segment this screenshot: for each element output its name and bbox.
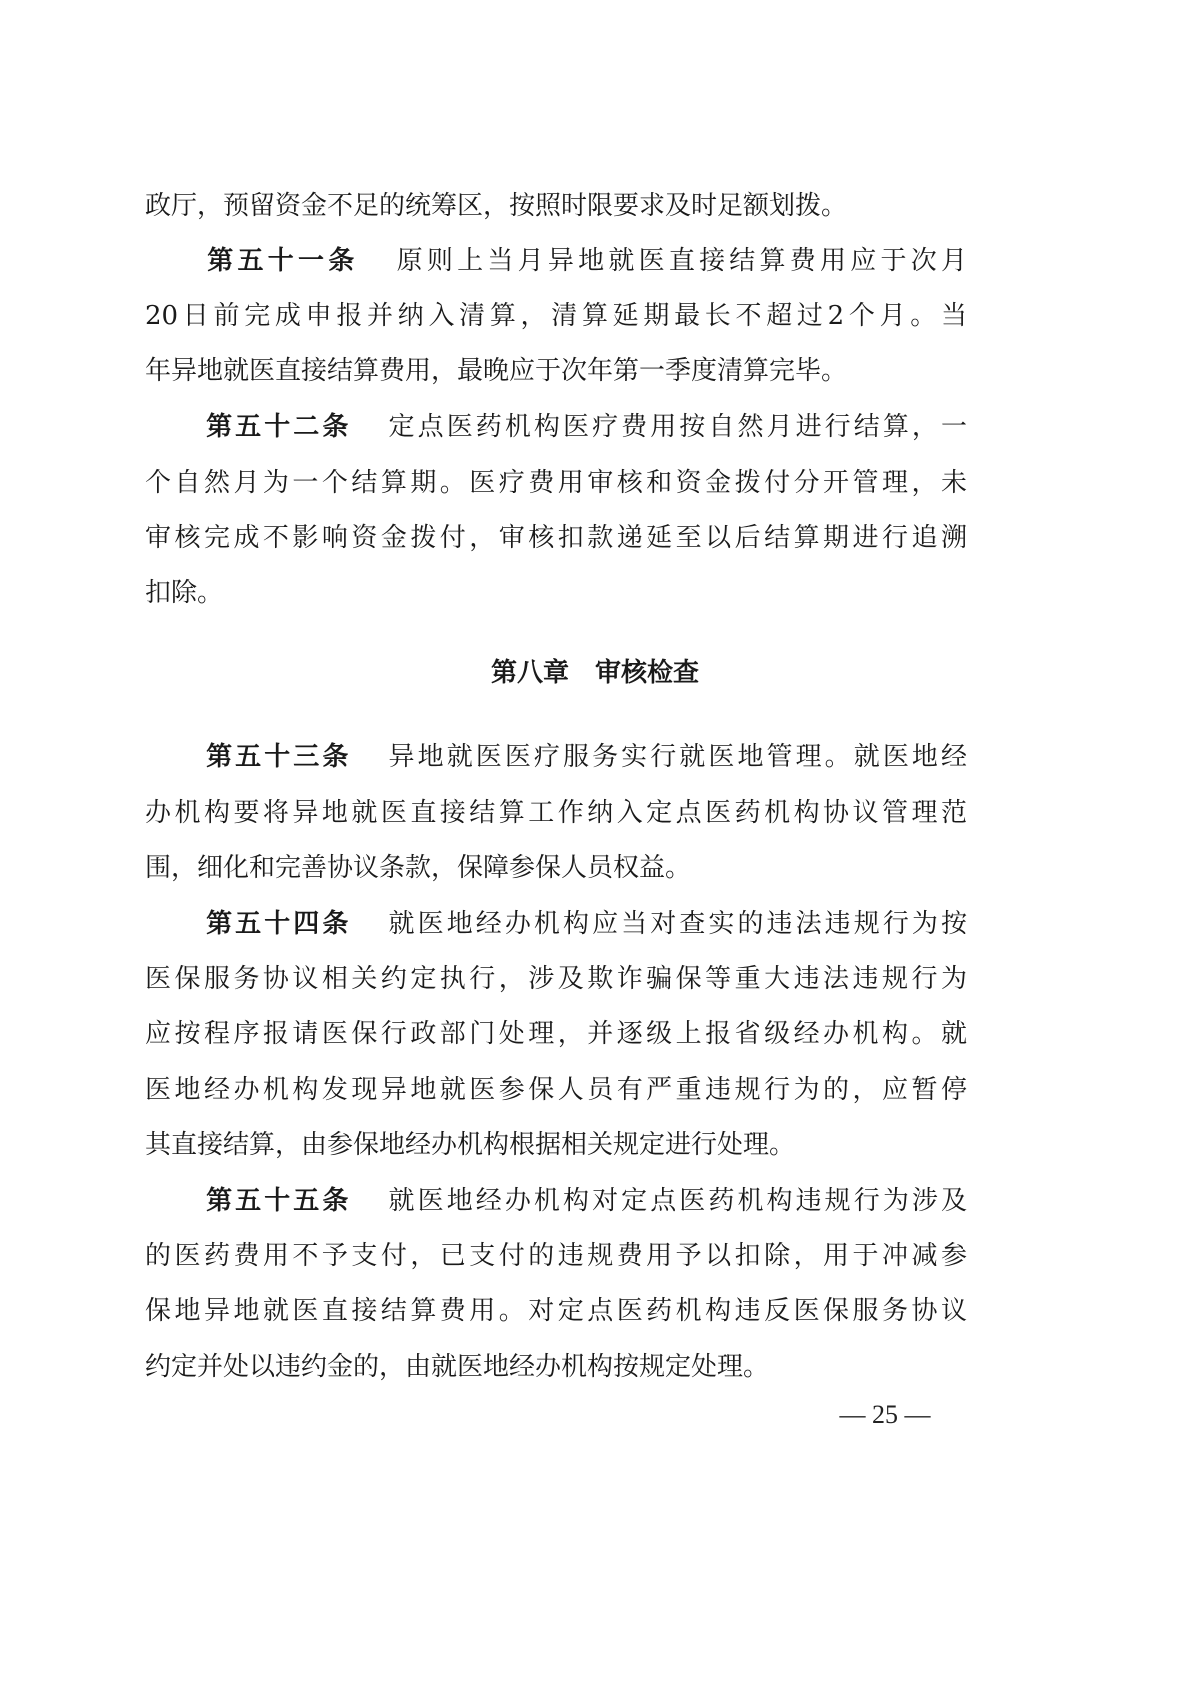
article-54-line-3: 应按程序报请医保行政部门处理，并逐级上报省级经办机构。就 [145,1014,967,1054]
article-54-line-1: 第五十四条就医地经办机构应当对查实的违法违规行为按 [145,904,967,944]
article-number: 第五十一条 [203,246,358,276]
article-54-line-5: 其直接结算，由参保地经办机构根据相关规定进行处理。 [145,1125,967,1165]
article-52-line-2: 个自然月为一个结算期。医疗费用审核和资金拨付分开管理，未 [145,463,967,503]
article-52-line-3: 审核完成不影响资金拨付，审核扣款递延至以后结算期进行追溯 [145,518,967,558]
article-52-line-4: 扣除。 [145,573,967,613]
article-text: 定点医药机构医疗费用按自然月进行结算，一 [385,412,967,442]
article-52-line-1: 第五十二条定点医药机构医疗费用按自然月进行结算，一 [145,407,967,447]
article-number: 第五十二条 [203,412,351,442]
article-text: 原则上当月异地就医直接结算费用应于次月 [392,246,967,276]
article-55-line-1: 第五十五条就医地经办机构对定点医药机构违规行为涉及 [145,1181,967,1221]
article-51-line-3: 年异地就医直接结算费用，最晚应于次年第一季度清算完毕。 [145,351,967,391]
article-number: 第五十五条 [203,1186,351,1216]
document-page: 政厅，预留资金不足的统筹区，按照时限要求及时足额划拨。 第五十一条原则上当月异地… [0,0,1190,1683]
paragraph-line: 政厅，预留资金不足的统筹区，按照时限要求及时足额划拨。 [145,186,967,226]
article-51-line-1: 第五十一条原则上当月异地就医直接结算费用应于次月 [145,241,967,281]
article-54-line-4: 医地经办机构发现异地就医参保人员有严重违规行为的，应暂停 [145,1070,967,1110]
article-number: 第五十四条 [203,909,351,939]
article-number: 第五十三条 [203,742,351,772]
article-53-line-1: 第五十三条异地就医医疗服务实行就医地管理。就医地经 [145,737,967,777]
article-text: 就医地经办机构应当对查实的违法违规行为按 [385,909,967,939]
article-55-line-2: 的医药费用不予支付，已支付的违规费用予以扣除，用于冲减参 [145,1236,967,1276]
article-51-line-2: 20日前完成申报并纳入清算，清算延期最长不超过2个月。当 [145,296,967,336]
article-53-line-3: 围，细化和完善协议条款，保障参保人员权益。 [145,848,967,888]
article-53-line-2: 办机构要将异地就医直接结算工作纳入定点医药机构协议管理范 [145,793,967,833]
article-text: 就医地经办机构对定点医药机构违规行为涉及 [385,1186,967,1216]
article-55-line-3: 保地异地就医直接结算费用。对定点医药机构违反医保服务协议 [145,1291,967,1331]
page-number: — 25 — [820,1395,950,1435]
article-55-line-4: 约定并处以违约金的，由就医地经办机构按规定处理。 [145,1347,967,1387]
article-text: 异地就医医疗服务实行就医地管理。就医地经 [385,742,967,772]
article-54-line-2: 医保服务协议相关约定执行，涉及欺诈骗保等重大违法违规行为 [145,959,967,999]
chapter-heading: 第八章 审核检查 [0,653,1190,693]
